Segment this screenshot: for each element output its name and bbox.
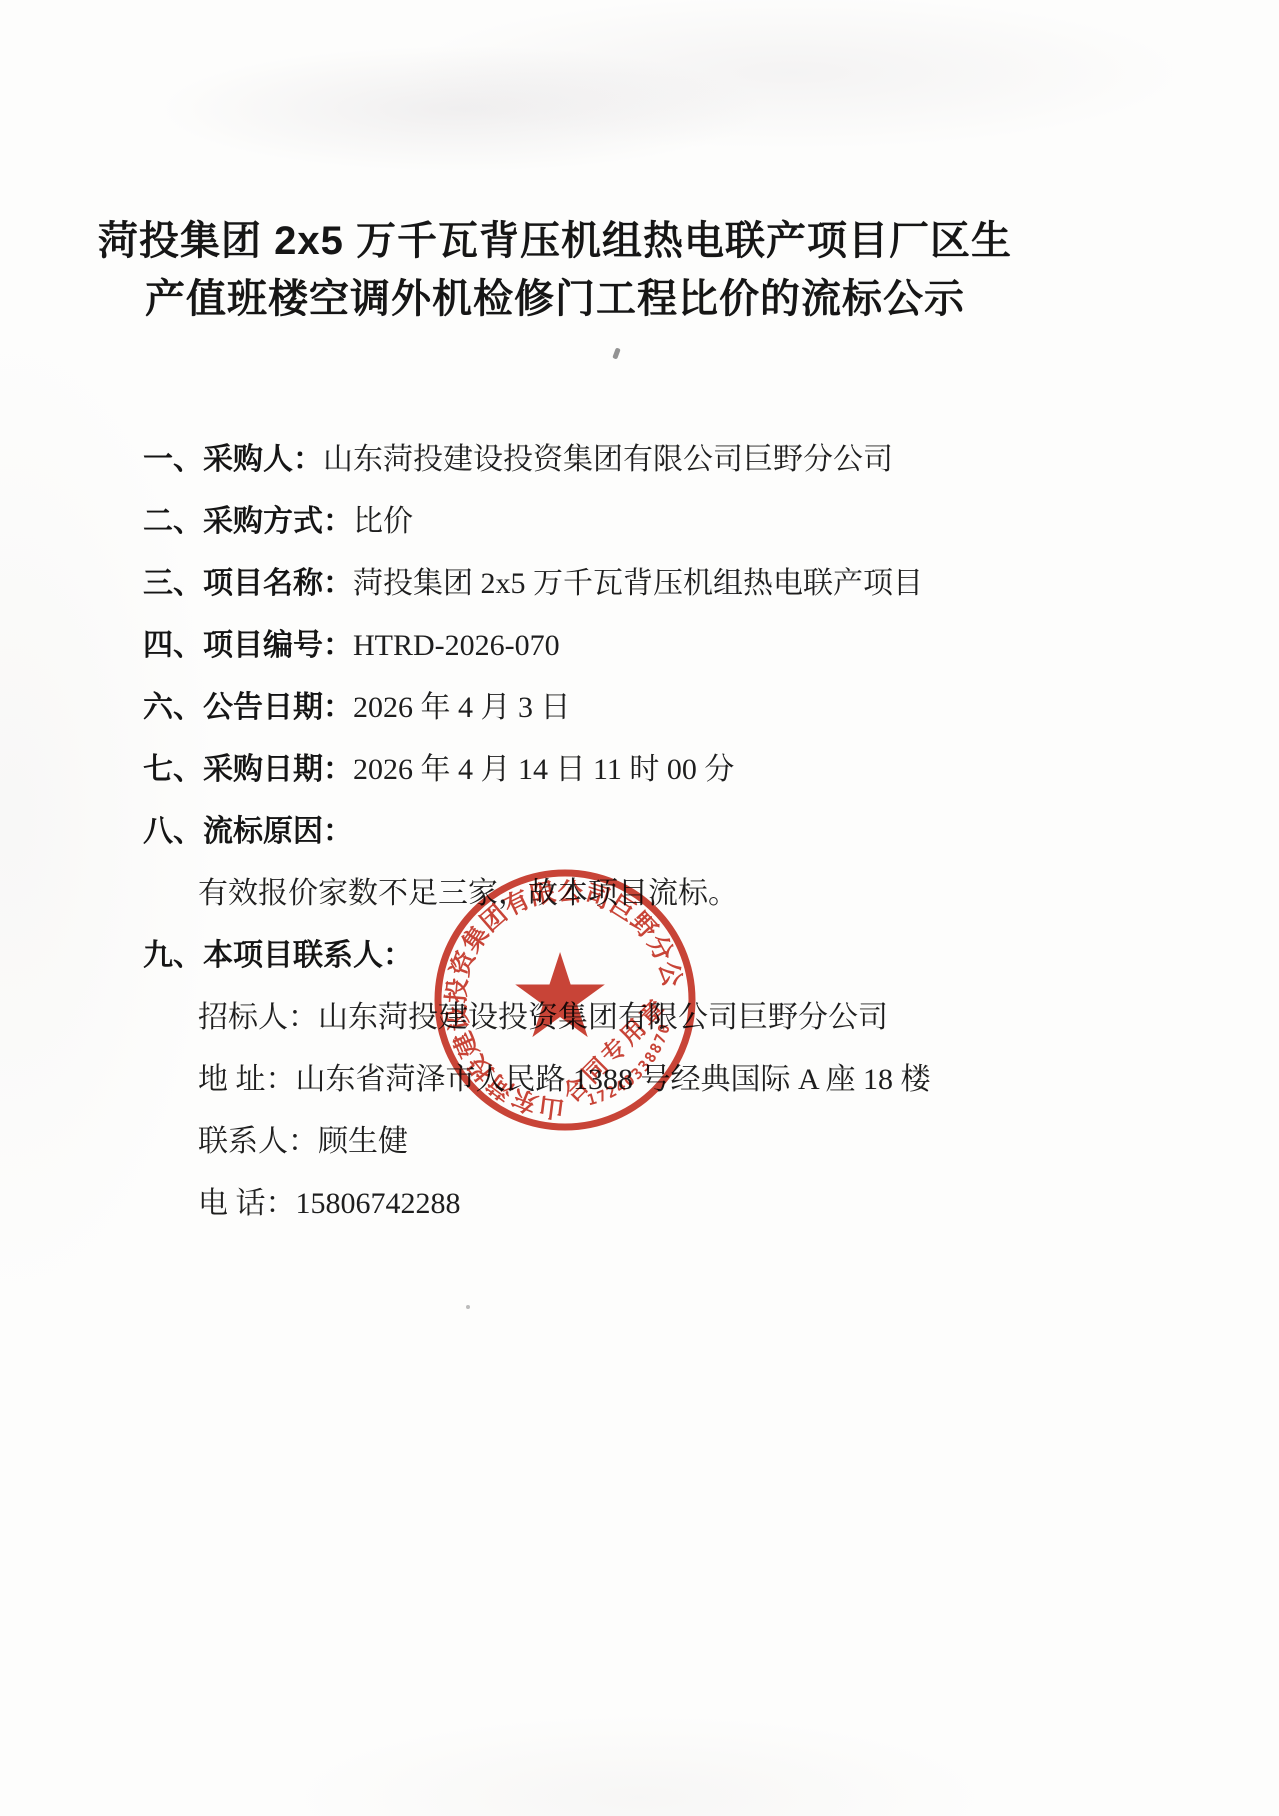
document-title: 菏投集团 2x5 万千瓦背压机组热电联产项目厂区生 产值班楼空调外机检修门工程比… (55, 212, 1055, 328)
item-project-number: 四、项目编号：HTRD-2026-070 (143, 615, 1143, 677)
contact-value: 山东省菏泽市人民路 1388 号经典国际 A 座 18 楼 (296, 1063, 931, 1096)
item-value: HTRD-2026-070 (353, 629, 560, 662)
item-project-name: 三、项目名称：菏投集团 2x5 万千瓦背压机组热电联产项目 (143, 553, 1143, 615)
item-value: 菏投集团 2x5 万千瓦背压机组热电联产项目 (353, 567, 923, 600)
item-value: 2026 年 4 月 14 日 11 时 00 分 (353, 753, 734, 786)
contact-label: 联系人： (198, 1125, 318, 1158)
scan-artifact-speck (612, 347, 620, 359)
contact-person: 联系人：顾生健 (143, 1111, 1143, 1173)
item-label: 四、项目编号： (143, 629, 353, 662)
item-value: 2026 年 4 月 3 日 (353, 691, 571, 724)
failure-reason-text: 有效报价家数不足三家，故本项目流标。 (143, 863, 1143, 925)
item-label: 一、采购人： (143, 443, 323, 476)
item-label: 八、流标原因： (143, 815, 353, 848)
contact-value: 15806742288 (296, 1187, 461, 1220)
item-value: 比价 (353, 505, 413, 538)
contact-value: 顾生健 (318, 1125, 408, 1158)
scan-artifact-speck (466, 1305, 470, 1309)
contact-value: 山东菏投建设投资集团有限公司巨野分公司 (318, 1001, 888, 1034)
contact-phone: 电 话：15806742288 (143, 1173, 1143, 1235)
item-label: 三、项目名称： (143, 567, 353, 600)
contact-label: 地 址： (198, 1063, 296, 1096)
item-purchase-date: 七、采购日期：2026 年 4 月 14 日 11 时 00 分 (143, 739, 1143, 801)
title-line-2: 产值班楼空调外机检修门工程比价的流标公示 (55, 270, 1055, 328)
item-failure-reason-header: 八、流标原因： (143, 801, 1143, 863)
contact-label: 电 话： (198, 1187, 296, 1220)
item-purchase-method: 二、采购方式：比价 (143, 491, 1143, 553)
contact-label: 招标人： (198, 1001, 318, 1034)
item-label: 六、公告日期： (143, 691, 353, 724)
document-page: 菏投集团 2x5 万千瓦背压机组热电联产项目厂区生 产值班楼空调外机检修门工程比… (0, 0, 1279, 1816)
item-label: 二、采购方式： (143, 505, 353, 538)
document-body: 一、采购人：山东菏投建设投资集团有限公司巨野分公司 二、采购方式：比价 三、项目… (143, 429, 1143, 1235)
contact-section-header: 九、本项目联系人： (143, 925, 1143, 987)
contact-tenderer: 招标人：山东菏投建设投资集团有限公司巨野分公司 (143, 987, 1143, 1049)
item-announcement-date: 六、公告日期：2026 年 4 月 3 日 (143, 677, 1143, 739)
item-label: 七、采购日期： (143, 753, 353, 786)
item-purchaser: 一、采购人：山东菏投建设投资集团有限公司巨野分公司 (143, 429, 1143, 491)
item-value: 山东菏投建设投资集团有限公司巨野分公司 (323, 443, 893, 476)
title-line-1: 菏投集团 2x5 万千瓦背压机组热电联产项目厂区生 (55, 212, 1055, 270)
contact-address: 地 址：山东省菏泽市人民路 1388 号经典国际 A 座 18 楼 (143, 1049, 1143, 1111)
